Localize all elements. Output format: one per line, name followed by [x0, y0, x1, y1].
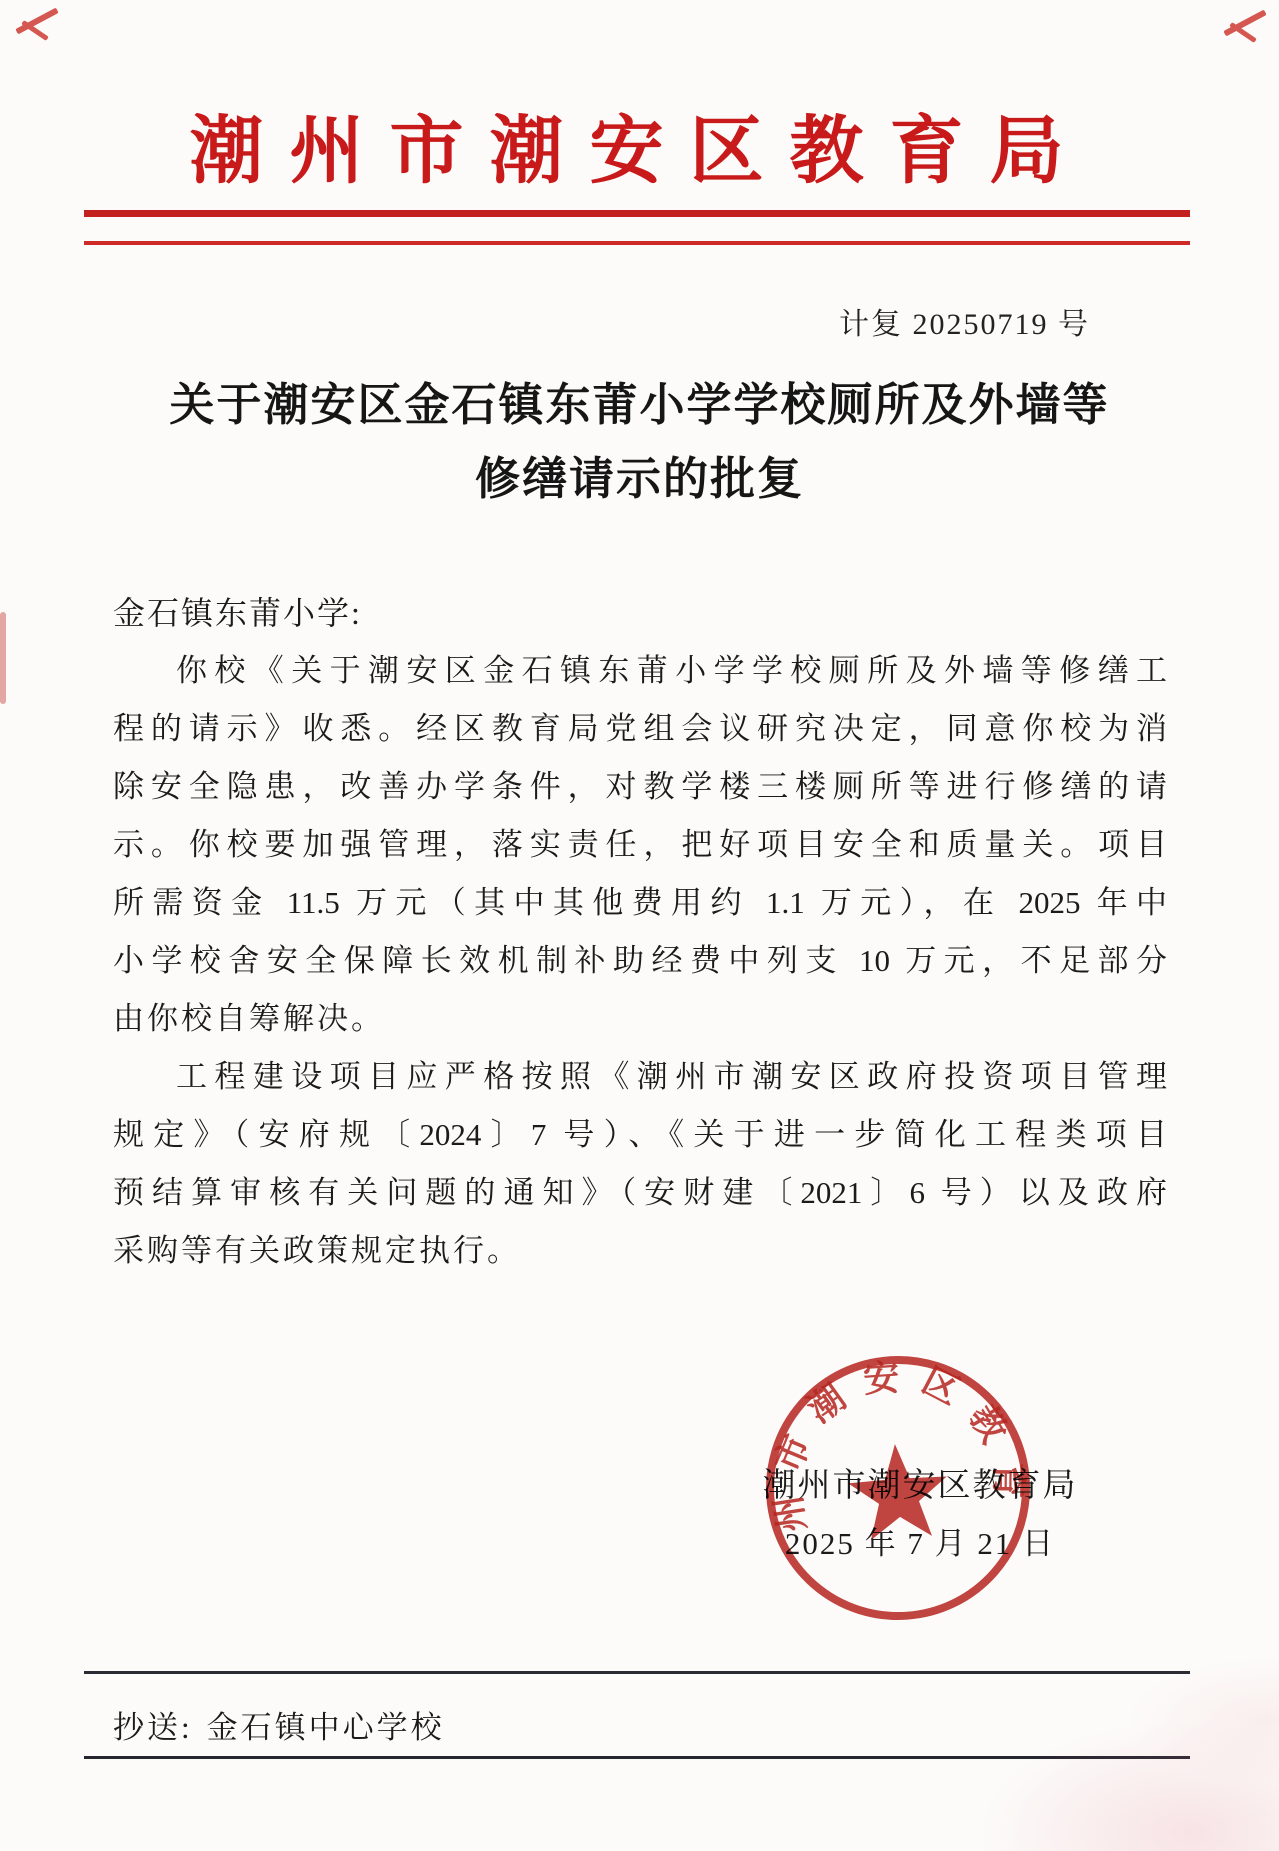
doc-number: 计复 20250719 号	[0, 301, 1090, 349]
cc-value: 金石镇中心学校	[207, 1710, 445, 1745]
body-line: 小学校舍安全保障长效机制补助经费中列支 10 万元，不足部分	[113, 932, 1167, 990]
title-line-2: 修缮请示的批复	[0, 442, 1279, 516]
cc-label: 抄送:	[113, 1710, 193, 1745]
footer-rule-bottom	[84, 1756, 1190, 1759]
body-line: 所需资金 11.5 万元（其中其他费用约 1.1 万元），在 2025 年中	[113, 874, 1167, 932]
body-line: 规定》（安府规〔2024〕7 号）、《关于进一步简化工程类项目	[113, 1106, 1167, 1164]
red-rule-thin	[84, 241, 1190, 245]
crop-mark-top-right	[1220, 6, 1272, 48]
title-line-1: 关于潮安区金石镇东莆小学学校厕所及外墙等	[0, 368, 1279, 442]
body-line: 示。你校要加强管理，落实责任，把好项目安全和质量关。项目	[113, 816, 1167, 874]
body-line: 采购等有关政策规定执行。	[113, 1222, 1167, 1280]
body-line: 预结算审核有关问题的通知》（安财建〔2021〕6 号）以及政府	[113, 1164, 1167, 1222]
document-page: 潮州市潮安区教育局 计复 20250719 号 关于潮安区金石镇东莆小学学校厕所…	[0, 0, 1279, 1851]
official-seal-icon: 潮州市潮安区教育局	[749, 1339, 1048, 1638]
addressee: 金石镇东莆小学:	[113, 584, 1167, 642]
body-line: 由你校自筹解决。	[113, 990, 1167, 1048]
body-line: 你校《关于潮安区金石镇东莆小学学校厕所及外墙等修缮工	[113, 642, 1167, 700]
scan-artifact-streak	[0, 612, 6, 704]
agency-letterhead: 潮州市潮安区教育局	[0, 96, 1279, 208]
footer-rule-top	[84, 1671, 1190, 1674]
document-body: 金石镇东莆小学: 你校《关于潮安区金石镇东莆小学学校厕所及外墙等修缮工 程的请示…	[113, 584, 1167, 1280]
body-line: 程的请示》收悉。经区教育局党组会议研究决定，同意你校为消	[113, 700, 1167, 758]
body-line: 工程建设项目应严格按照《潮州市潮安区政府投资项目管理	[113, 1048, 1167, 1106]
crop-mark-top-left	[12, 4, 64, 46]
document-title: 关于潮安区金石镇东莆小学学校厕所及外墙等 修缮请示的批复	[0, 368, 1279, 516]
cc-line: 抄送:金石镇中心学校	[113, 1700, 445, 1756]
body-line: 除安全隐患，改善办学条件，对教学楼三楼厕所等进行修缮的请	[113, 758, 1167, 816]
red-rule-thick	[84, 210, 1190, 217]
seal-star-icon	[846, 1441, 951, 1542]
